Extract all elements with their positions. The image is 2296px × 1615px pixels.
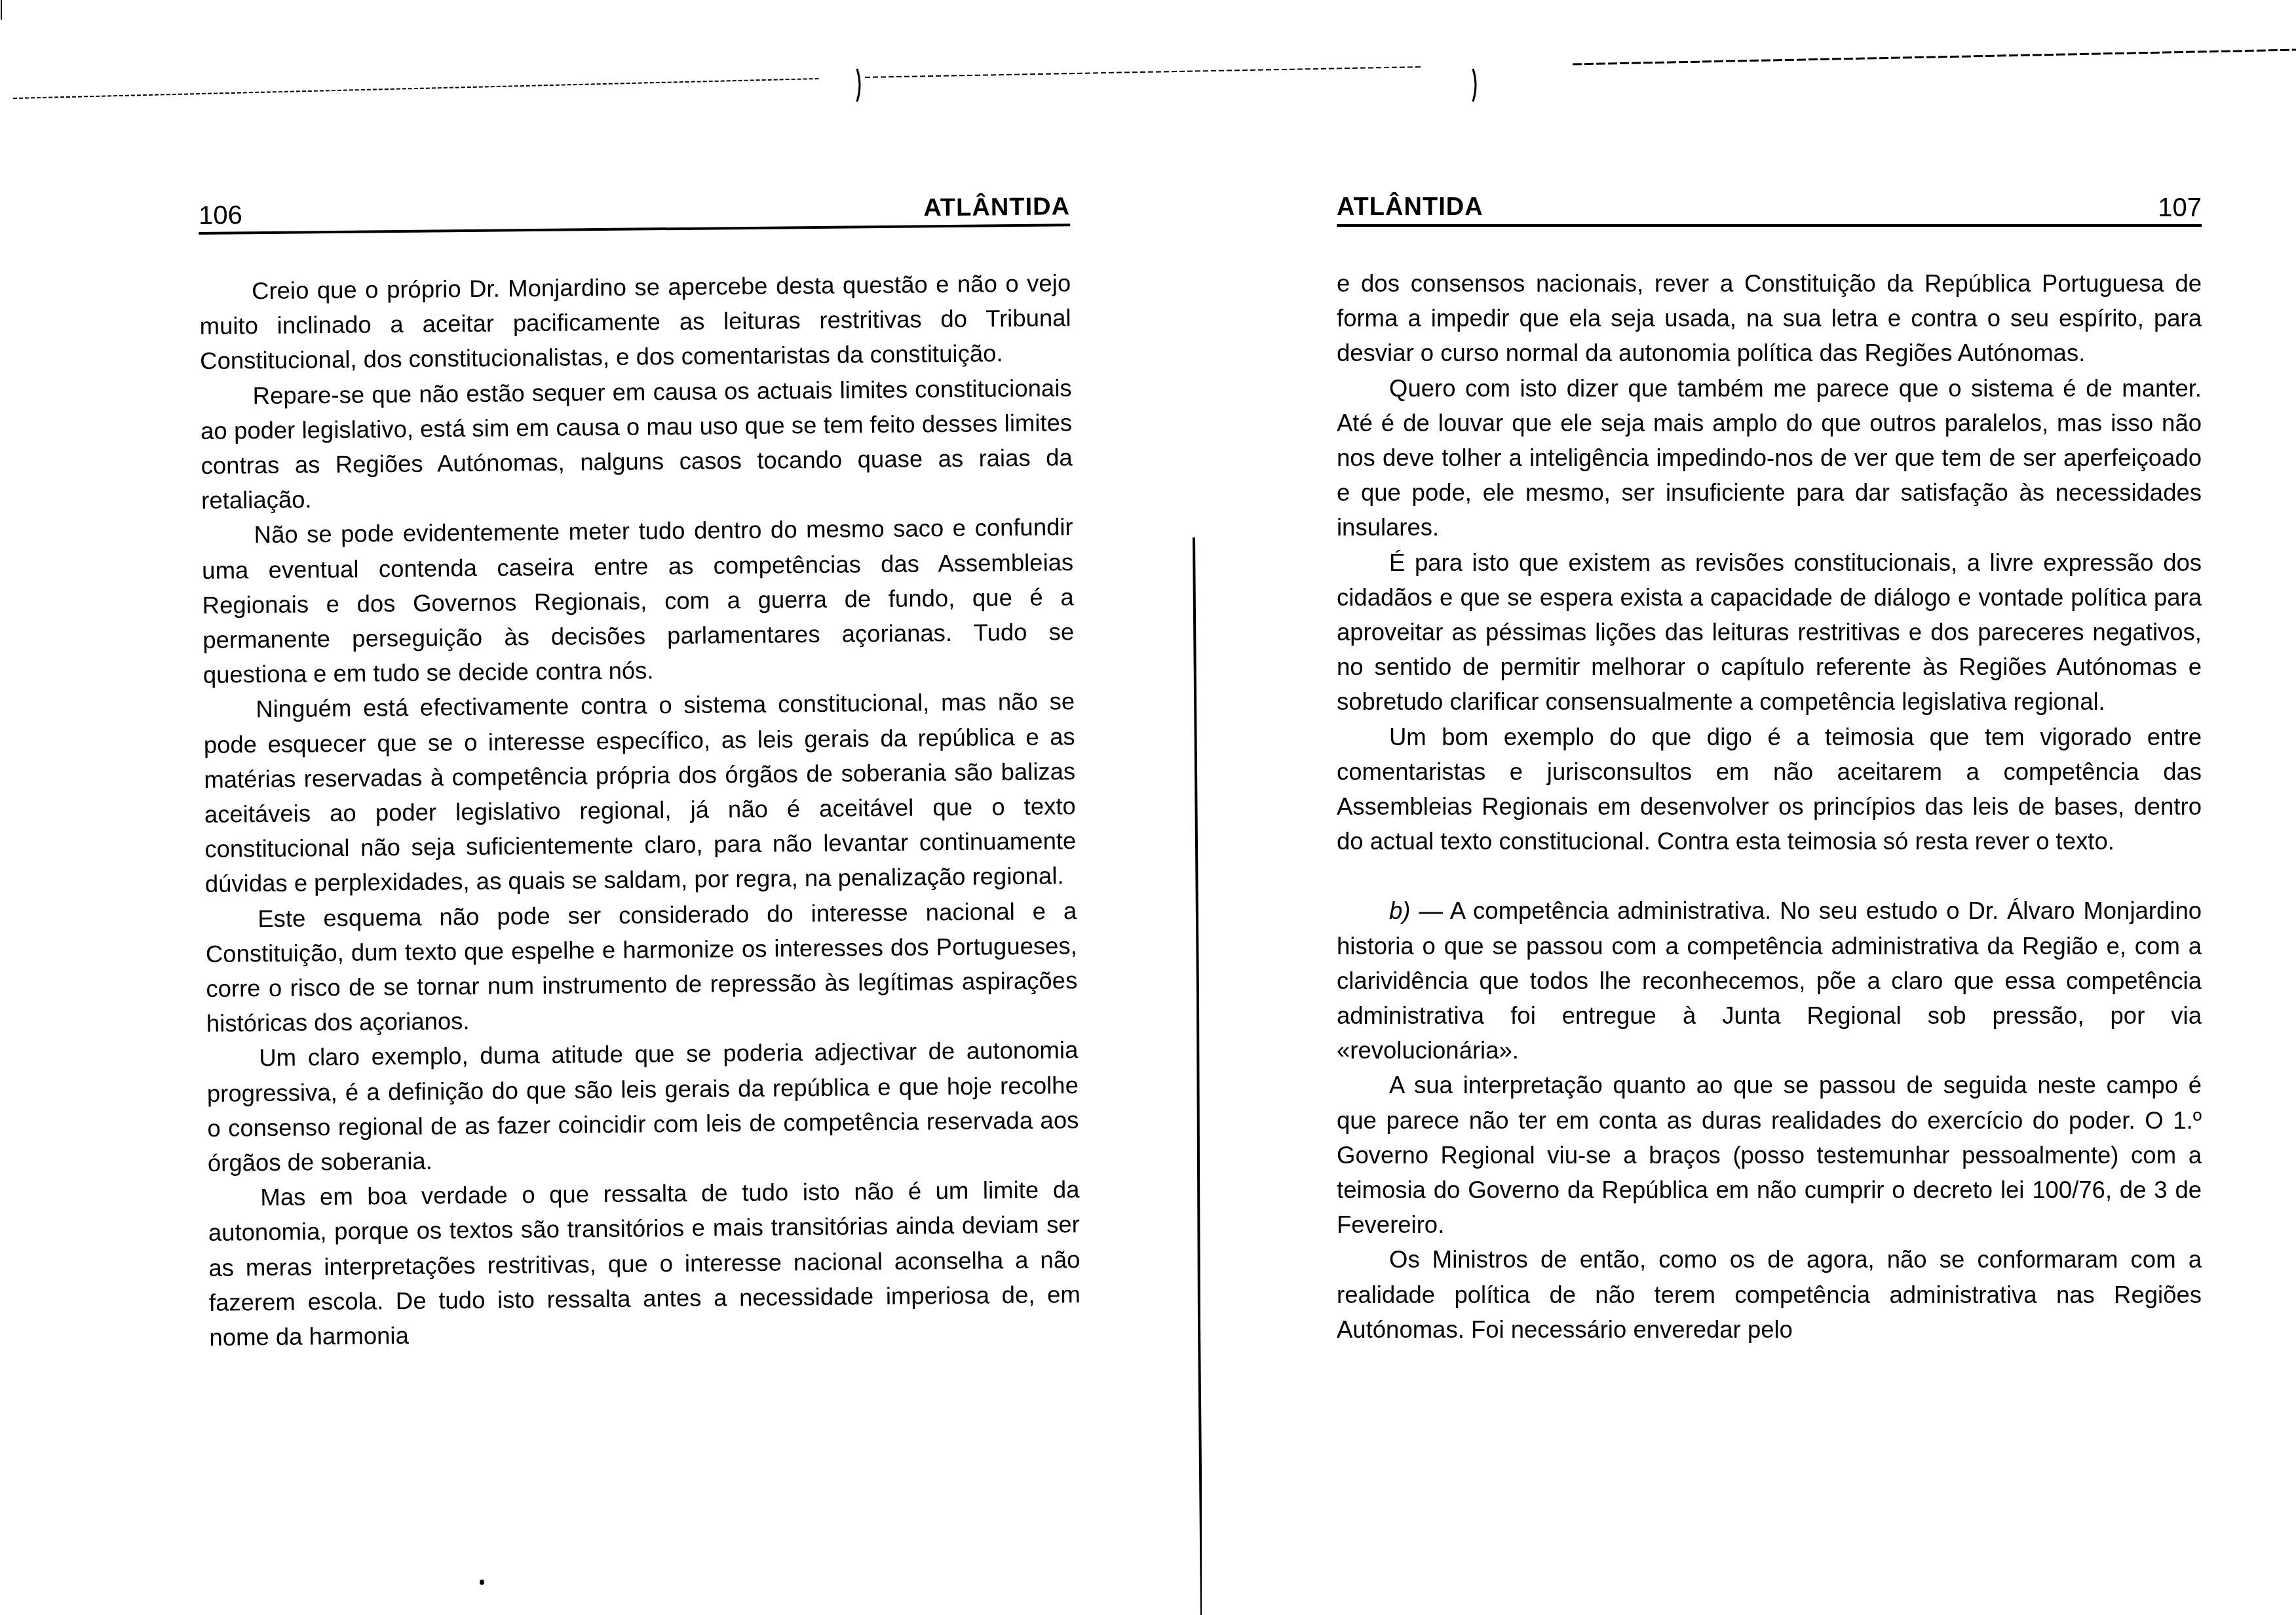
paragraph: Quero com isto dizer que também me parec… xyxy=(1337,371,2202,545)
section-heading-paragraph: b) — A competência administrativa. No se… xyxy=(1337,893,2202,1068)
paragraph: Ninguém está efectivamente contra o sist… xyxy=(203,684,1077,902)
scan-edge-artifacts xyxy=(0,0,2296,131)
page-number: 106 xyxy=(199,201,242,231)
paragraph: Creio que o próprio Dr. Monjardino se ap… xyxy=(199,265,1071,378)
binding-gutter xyxy=(1193,275,1202,1615)
paragraph: Este esquema não pode ser considerado do… xyxy=(205,893,1078,1041)
paragraph: A sua interpretação quanto ao que se pas… xyxy=(1337,1068,2202,1242)
paragraph: e dos consensos nacionais, rever a Const… xyxy=(1337,266,2202,371)
paragraph: Repare-se que não estão sequer em causa … xyxy=(200,370,1073,518)
section-marker: b) xyxy=(1389,897,1410,924)
page-number: 107 xyxy=(2158,193,2202,223)
stray-ink-dot xyxy=(480,1580,484,1585)
paragraph: É para isto que existem as revisões cons… xyxy=(1337,545,2202,720)
left-page-body: Creio que o próprio Dr. Monjardino se ap… xyxy=(199,265,1081,1355)
right-page-body: e dos consensos nacionais, rever a Const… xyxy=(1337,266,2202,1347)
running-head-right: ATLÂNTIDA 107 xyxy=(1337,191,2202,227)
running-title: ATLÂNTIDA xyxy=(1337,193,1483,222)
running-title: ATLÂNTIDA xyxy=(923,193,1070,222)
paragraph: Não se pode evidentemente meter tudo den… xyxy=(201,510,1074,693)
paragraph: Mas em boa verdade o que ressalta de tud… xyxy=(208,1172,1081,1355)
running-head-left: 106 ATLÂNTIDA xyxy=(199,191,1070,235)
paragraph: Os Ministros de então, como os de agora,… xyxy=(1337,1242,2202,1347)
paragraph: Um claro exemplo, duma atitude que se po… xyxy=(206,1033,1079,1181)
section-text: — A competência administrativa. No seu e… xyxy=(1337,897,2202,1064)
paragraph: Um bom exemplo do que digo é a teimosia … xyxy=(1337,720,2202,859)
